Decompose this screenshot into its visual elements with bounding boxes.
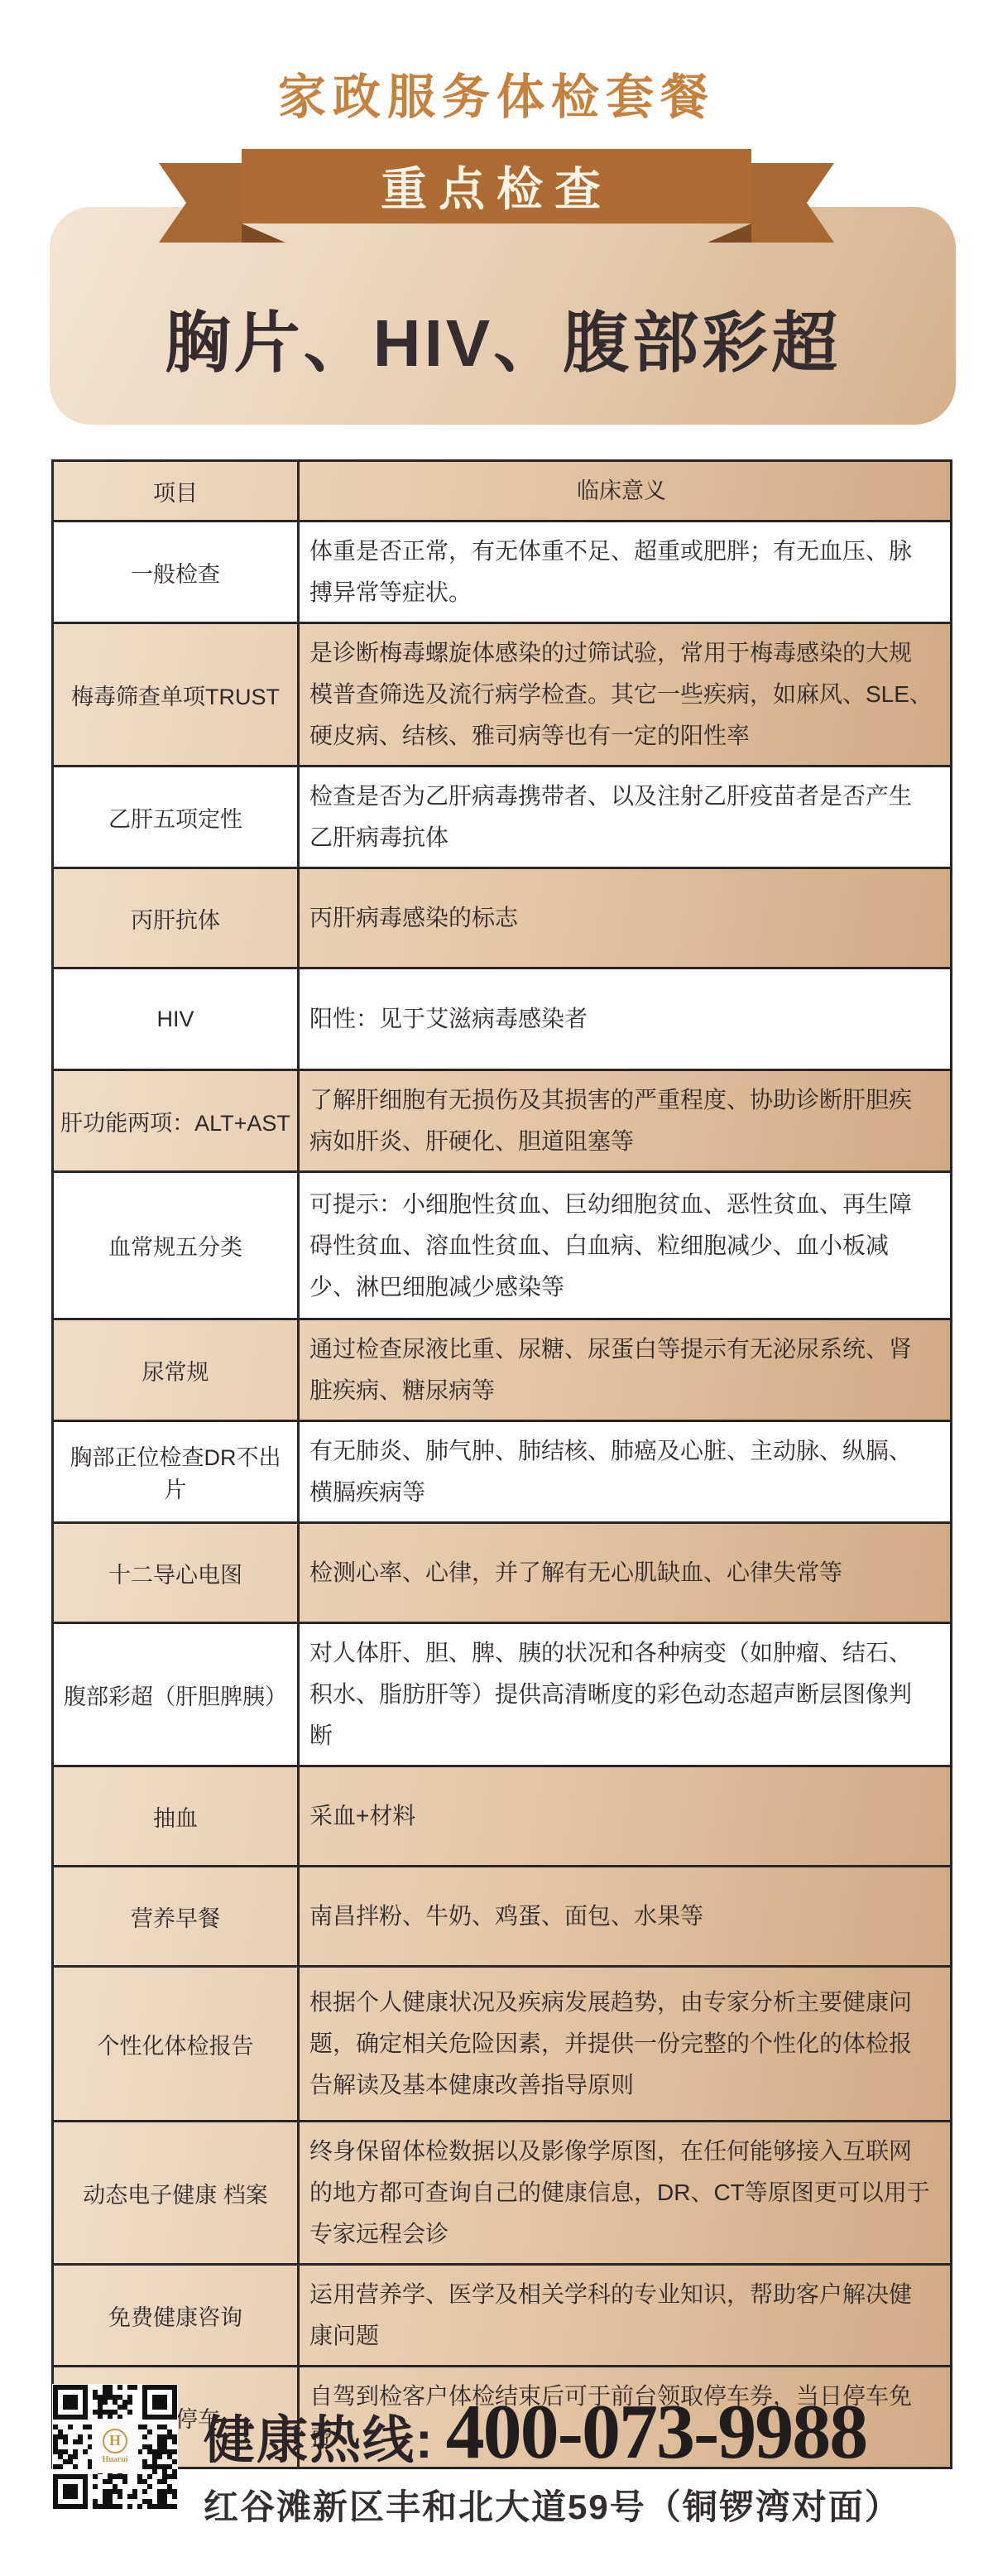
row-item-label: 梅毒筛查单项TRUST — [54, 624, 300, 765]
row-meaning-text: 是诊断梅毒螺旋体感染的过筛试验，常用于梅毒感染的大规模普查筛选及流行病学检查。其… — [300, 624, 950, 765]
row-item-label: 丙肝抗体 — [54, 869, 300, 967]
table-row: 尿常规 通过检查尿液比重、尿糖、尿蛋白等提示有无泌尿系统、肾脏疾病、糖尿病等 — [54, 1318, 950, 1420]
row-item-label: HIV — [54, 969, 300, 1069]
table-row: HIV 阳性：见于艾滋病毒感染者 — [54, 967, 950, 1069]
table-row: 血常规五分类 可提示：小细胞性贫血、巨幼细胞贫血、恶性贫血、再生障碍性贫血、溶血… — [54, 1170, 950, 1318]
row-meaning-text: 阳性：见于艾滋病毒感染者 — [300, 969, 950, 1069]
table-header-row: 项目 临床意义 — [54, 462, 950, 520]
row-item-label: 营养早餐 — [54, 1867, 300, 1965]
row-item-label: 尿常规 — [54, 1320, 300, 1420]
table-row: 抽血 采血+材料 — [54, 1765, 950, 1865]
table-row: 营养早餐 南昌拌粉、牛奶、鸡蛋、面包、水果等 — [54, 1865, 950, 1965]
table-row: 梅毒筛查单项TRUST 是诊断梅毒螺旋体感染的过筛试验，常用于梅毒感染的大规模普… — [54, 622, 950, 765]
table-row: 乙肝五项定性 检查是否为乙肝病毒携带者、以及注射乙肝疫苗者是否产生乙肝病毒抗体 — [54, 765, 950, 867]
row-item-label: 乙肝五项定性 — [54, 767, 300, 867]
huarui-emblem-icon: H — [103, 2429, 127, 2453]
table-row: 肝功能两项：ALT+AST 了解肝细胞有无损伤及其损害的严重程度、协助诊断肝胆疾… — [54, 1069, 950, 1170]
qr-code: H Huarui — [52, 2384, 178, 2510]
table-body: 一般检查 体重是否正常，有无体重不足、超重或肥胖；有无血压、脉搏异常等症状。 梅… — [54, 520, 950, 2467]
table-row: 个性化体检报告 根据个人健康状况及疾病发展趋势，由专家分析主要健康问题，确定相关… — [54, 1965, 950, 2120]
hotline-label: 健康热线: — [204, 2399, 434, 2473]
ribbon-label: 重点检查 — [381, 153, 612, 219]
health-checkup-poster: 家政服务体检套餐 重点检查 胸片、HIV、腹部彩超 项目 临床意义 一般检查 体… — [0, 0, 993, 2576]
row-meaning-text: 南昌拌粉、牛奶、鸡蛋、面包、水果等 — [300, 1867, 950, 1965]
row-meaning-text: 可提示：小细胞性贫血、巨幼细胞贫血、恶性贫血、再生障碍性贫血、溶血性贫血、白血病… — [300, 1173, 950, 1318]
row-item-label: 抽血 — [54, 1767, 300, 1865]
row-item-label: 腹部彩超（肝胆脾胰） — [54, 1624, 300, 1765]
address-line: 红谷滩新区丰和北大道59号（铜锣湾对面） — [204, 2480, 973, 2530]
table-row: 免费健康咨询 运用营养学、医学及相关学科的专业知识，帮助客户解决健康问题 — [54, 2263, 950, 2365]
ribbon-tail-right — [751, 163, 834, 243]
qr-center-logo: H Huarui — [94, 2420, 137, 2472]
table-row: 一般检查 体重是否正常，有无体重不足、超重或肥胖；有无血压、脉搏异常等症状。 — [54, 520, 950, 622]
row-item-label: 动态电子健康 档案 — [54, 2122, 300, 2263]
table-row: 十二导心电图 检测心率、心律，并了解有无心肌缺血、心律失常等 — [54, 1521, 950, 1622]
row-meaning-text: 采血+材料 — [300, 1767, 950, 1865]
row-meaning-text: 丙肝病毒感染的标志 — [300, 869, 950, 967]
row-meaning-text: 终身保留体检数据以及影像学原图，在任何能够接入互联网的地方都可查询自己的健康信息… — [300, 2122, 950, 2263]
row-meaning-text: 检查是否为乙肝病毒携带者、以及注射乙肝疫苗者是否产生乙肝病毒抗体 — [300, 767, 950, 867]
table-row: 腹部彩超（肝胆脾胰） 对人体肝、胆、脾、胰的状况和各种病变（如肿瘤、结石、积水、… — [54, 1622, 950, 1765]
row-meaning-text: 体重是否正常，有无体重不足、超重或肥胖；有无血压、脉搏异常等症状。 — [300, 522, 950, 622]
row-item-label: 胸部正位检查DR不出片 — [54, 1422, 300, 1521]
row-item-label: 十二导心电图 — [54, 1524, 300, 1622]
row-meaning-text: 根据个人健康状况及疾病发展趋势，由专家分析主要健康问题，确定相关危险因素，并提供… — [300, 1968, 950, 2120]
page-title: 家政服务体检套餐 — [0, 58, 993, 127]
row-item-label: 血常规五分类 — [54, 1173, 300, 1318]
row-meaning-text: 对人体肝、胆、脾、胰的状况和各种病变（如肿瘤、结石、积水、脂肪肝等）提供高清晰度… — [300, 1624, 950, 1765]
highlight-title: 胸片、HIV、腹部彩超 — [165, 290, 841, 385]
row-meaning-text: 通过检查尿液比重、尿糖、尿蛋白等提示有无泌尿系统、肾脏疾病、糖尿病等 — [300, 1320, 950, 1420]
hotline-number: 400-073-9988 — [446, 2387, 867, 2477]
column-header-item: 项目 — [54, 462, 300, 520]
row-item-label: 个性化体检报告 — [54, 1968, 300, 2120]
row-item-label: 免费健康咨询 — [54, 2266, 300, 2365]
hotline-line: 健康热线: 400-073-9988 — [204, 2387, 973, 2477]
row-meaning-text: 检测心率、心律，并了解有无心肌缺血、心律失常等 — [300, 1524, 950, 1622]
table-row: 胸部正位检查DR不出片 有无肺炎、肺气肿、肺结核、肺癌及心脏、主动脉、纵膈、横膈… — [54, 1420, 950, 1521]
footer-contact: 健康热线: 400-073-9988 红谷滩新区丰和北大道59号（铜锣湾对面） — [204, 2387, 973, 2530]
ribbon-banner: 重点检查 — [242, 149, 751, 223]
checkup-table: 项目 临床意义 一般检查 体重是否正常，有无体重不足、超重或肥胖；有无血压、脉搏… — [51, 459, 952, 2469]
column-header-meaning: 临床意义 — [300, 462, 950, 520]
row-item-label: 肝功能两项：ALT+AST — [54, 1071, 300, 1170]
ribbon-tail-left — [159, 163, 242, 243]
row-meaning-text: 运用营养学、医学及相关学科的专业知识，帮助客户解决健康问题 — [300, 2266, 950, 2365]
table-row: 丙肝抗体 丙肝病毒感染的标志 — [54, 867, 950, 967]
qr-logo-brand: Huarui — [102, 2455, 127, 2464]
row-item-label: 一般检查 — [54, 522, 300, 622]
row-meaning-text: 了解肝细胞有无损伤及其损害的严重程度、协助诊断肝胆疾病如肝炎、肝硬化、胆道阻塞等 — [300, 1071, 950, 1170]
row-meaning-text: 有无肺炎、肺气肿、肺结核、肺癌及心脏、主动脉、纵膈、横膈疾病等 — [300, 1422, 950, 1521]
table-row: 动态电子健康 档案 终身保留体检数据以及影像学原图，在任何能够接入互联网的地方都… — [54, 2120, 950, 2263]
